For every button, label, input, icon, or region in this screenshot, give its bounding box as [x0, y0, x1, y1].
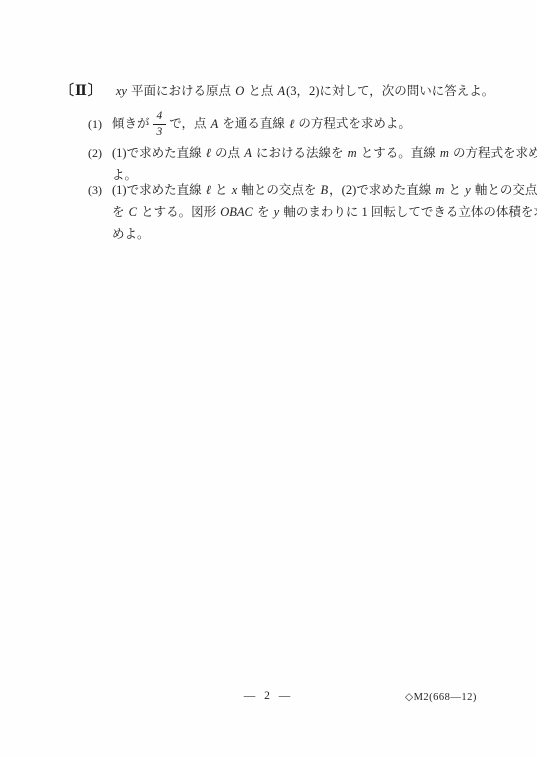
- text-run: (3，2)に対して，次の問いに答えよ。: [286, 84, 494, 98]
- math-variable: OBAC: [219, 205, 254, 219]
- math-variable: O: [234, 84, 245, 98]
- problem-header: 〔Ⅱ〕 xy 平面における原点 O と点 A(3，2)に対して，次の問いに答えよ…: [60, 80, 494, 100]
- text-run: における法線を: [253, 146, 347, 160]
- text-run: (1)で求めた直線: [112, 183, 205, 197]
- text-run: ，(2)で求めた直線: [329, 183, 434, 197]
- text-run: で，点: [169, 117, 209, 131]
- text-run: の方程式を求めよ。: [295, 117, 411, 131]
- exam-page: 〔Ⅱ〕 xy 平面における原点 O と点 A(3，2)に対して，次の問いに答えよ…: [0, 0, 537, 758]
- math-variable: A: [243, 146, 253, 160]
- text-run: と: [212, 183, 231, 197]
- question-number: (1): [88, 110, 112, 138]
- text-line: を C とする。図形 OBAC を y 軸のまわりに 1 回転してできる立体の体…: [112, 201, 537, 223]
- text-run: 軸のまわりに 1 回転してできる立体の体積を求: [280, 205, 537, 219]
- math-variable: m: [434, 183, 445, 197]
- text-run: を通る直線: [219, 117, 288, 131]
- math-variable: A: [210, 117, 220, 131]
- text-line: めよ。: [112, 223, 537, 245]
- question-number: (3): [88, 179, 112, 201]
- question-body: 傾きが43で，点 A を通る直線 ℓ の方程式を求めよ。: [112, 110, 411, 139]
- fraction: 43: [153, 110, 167, 139]
- question-number: (2): [88, 142, 112, 164]
- math-variable: m: [439, 146, 450, 160]
- text-line: (1)で求めた直線 ℓ と x 軸との交点を B，(2)で求めた直線 m と y…: [112, 179, 537, 201]
- question-body: (1)で求めた直線 ℓ と x 軸との交点を B，(2)で求めた直線 m と y…: [112, 179, 537, 245]
- text-run: とする。図形: [138, 205, 219, 219]
- text-run: (1)で求めた直線: [112, 146, 205, 160]
- fraction-denominator: 3: [153, 124, 167, 139]
- text-run: 平面における原点: [128, 84, 234, 98]
- question: (3) (1)で求めた直線 ℓ と x 軸との交点を B，(2)で求めた直線 m…: [88, 179, 537, 245]
- text-run: の点: [212, 146, 243, 160]
- text-run: の方程式を求め: [450, 146, 537, 160]
- text-run: とする。直線: [358, 146, 439, 160]
- math-variable: xy: [115, 84, 128, 98]
- math-variable: y: [464, 183, 472, 197]
- text-run: を: [254, 205, 273, 219]
- problem-label: 〔Ⅱ〕: [60, 80, 103, 100]
- problem-intro: xy 平面における原点 O と点 A(3，2)に対して，次の問いに答えよ。: [115, 80, 494, 99]
- math-variable: ℓ: [205, 183, 212, 197]
- fraction-numerator: 4: [153, 110, 167, 124]
- text-run: 軸との交点を: [238, 183, 319, 197]
- math-variable: B: [320, 183, 330, 197]
- question: (1) 傾きが43で，点 A を通る直線 ℓ の方程式を求めよ。: [88, 110, 411, 139]
- text-line: (1)で求めた直線 ℓ の点 A における法線を m とする。直線 m の方程式…: [112, 142, 537, 164]
- math-variable: C: [128, 205, 138, 219]
- text-run: と点: [245, 84, 276, 98]
- text-run: を: [112, 205, 128, 219]
- document-code: ◇M2(668—12): [405, 691, 477, 703]
- text-run: と: [445, 183, 464, 197]
- text-run: めよ。: [112, 227, 150, 241]
- text-run: 傾きが: [112, 117, 150, 131]
- math-variable: m: [347, 146, 358, 160]
- math-variable: A: [276, 84, 286, 98]
- text-run: 軸との交点: [472, 183, 537, 197]
- text-line: 傾きが43で，点 A を通る直線 ℓ の方程式を求めよ。: [112, 110, 411, 139]
- math-variable: ℓ: [205, 146, 212, 160]
